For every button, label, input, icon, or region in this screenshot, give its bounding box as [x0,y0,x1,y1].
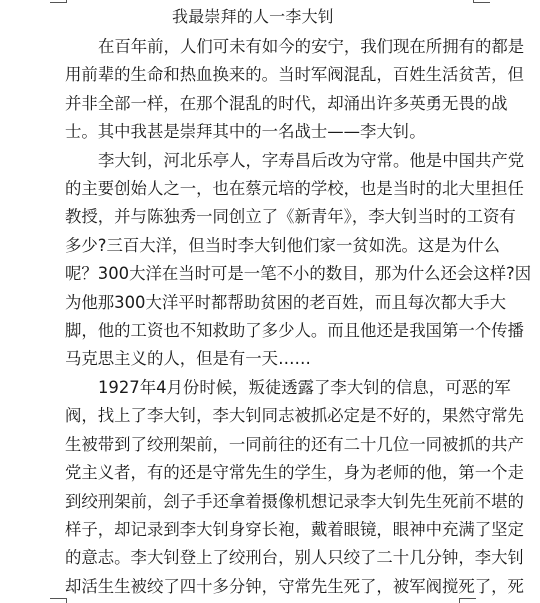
text-line: 为他那300大洋平时都帮助贫困的老百姓，而且每次都大手大 [65,289,475,317]
text-line: 教授，并与陈独秀一同创立了《新青年》，李大钊当时的工资有 [65,203,475,231]
text-line: 多少?三百大洋，但当时李大钊他们家一贫如洗。这是为什么 [65,232,475,260]
text-line: 生被带到了绞刑架前，一同前往的还有二十几位一同被抓的共产 [65,431,475,459]
document-body: 在百年前，人们可未有如今的安宁，我们现在所拥有的都是 用前辈的生命和热血换来的。… [65,33,475,601]
text-line: 到绞刑架前，刽子手还拿着摄像机想记录李大钊先生死前不堪的 [65,488,475,516]
text-line: 士。其中我甚是崇拜其中的一名战士——李大钊。 [65,118,475,146]
paragraph-2: 李大钊，河北乐亭人，字寿昌后改为守常。他是中国共产党 的主要创始人之一，也在蔡元… [65,147,475,374]
document-page: 我最崇拜的人一李大钊 在百年前，人们可未有如今的安宁，我们现在所拥有的都是 用前… [0,0,540,603]
text-line: 并非全部一样，在那个混乱的时代，却涌出许多英勇无畏的战 [65,90,475,118]
document-title: 我最崇拜的人一李大钊 [0,6,506,28]
margin-corner-mark-top-left [50,0,67,3]
text-line: 1927年4月份时候，叛徒透露了李大钊的信息，可恶的军 [65,374,475,402]
text-line: 阀，找上了李大钊，李大钊同志被抓必定是不好的，果然守常先 [65,402,475,430]
text-line: 却活生生被绞了四十多分钟，守常先生死了，被军阀搅死了，死 [65,573,475,601]
text-line: 党主义者，有的还是守常先生的学生，身为老师的他，第一个走 [65,459,475,487]
text-line: 样子，却记录到李大钊身穿长袍，戴着眼镜，眼神中充满了坚定 [65,516,475,544]
margin-corner-mark-top-right [473,0,490,3]
text-line: 的意志。李大钊登上了绞刑台，别人只绞了二十几分钟，李大钊 [65,544,475,572]
text-line: 脚，他的工资也不知救助了多少人。而且他还是我国第一个传播 [65,317,475,345]
text-line: 马克思主义的人，但是有一天…… [65,345,475,373]
paragraph-1: 在百年前，人们可未有如今的安宁，我们现在所拥有的都是 用前辈的生命和热血换来的。… [65,33,475,147]
text-line: 用前辈的生命和热血换来的。当时军阀混乱，百姓生活贫苦，但 [65,61,475,89]
paragraph-3: 1927年4月份时候，叛徒透露了李大钊的信息，可恶的军 阀，找上了李大钊，李大钊… [65,374,475,601]
text-line: 在百年前，人们可未有如今的安宁，我们现在所拥有的都是 [65,33,475,61]
text-line: 李大钊，河北乐亭人，字寿昌后改为守常。他是中国共产党 [65,147,475,175]
text-line: 呢？300大洋在当时可是一笔不小的数目，那为什么还会这样?因 [65,260,475,288]
text-line: 的主要创始人之一，也在蔡元培的学校，也是当时的北大里担任 [65,175,475,203]
